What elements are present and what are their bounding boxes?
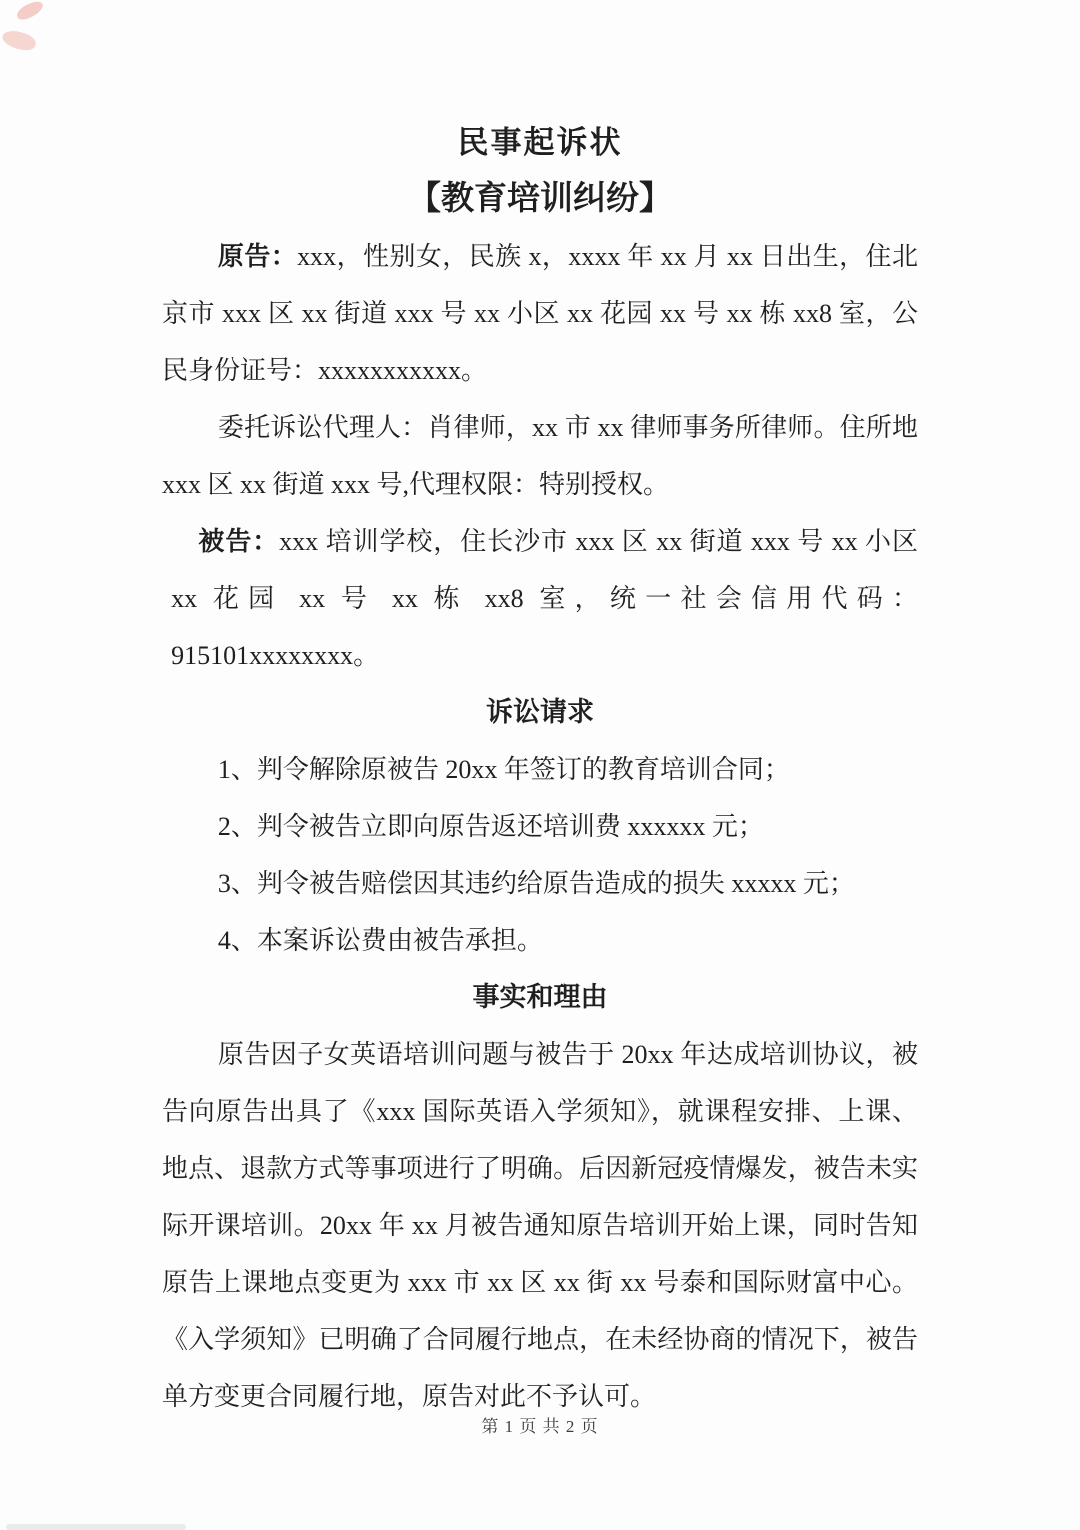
claims-heading: 诉讼请求 [162,684,918,741]
defendant-paragraph: 被告：xxx 培训学校，住长沙市 xxx 区 xx 街道 xxx 号 xx 小区… [162,513,918,684]
claim-item: 3、判令被告赔偿因其违约给原告造成的损失 xxxxx 元； [162,855,918,912]
facts-heading: 事实和理由 [162,969,918,1026]
facts-paragraph: 原告因子女英语培训问题与被告于 20xx 年达成培训协议，被告向原告出具了《xx… [162,1026,918,1425]
red-pen-mark-icon [0,28,37,53]
document-page: 民事起诉状 【教育培训纠纷】 原告：xxx，性别女，民族 x，xxxx 年 xx… [0,0,1080,1530]
doc-subtitle: 【教育培训纠纷】 [162,171,918,228]
agent-paragraph: 委托诉讼代理人：肖律师，xx 市 xx 律师事务所律师。住所地 xxx 区 xx… [162,399,918,513]
plaintiff-label: 原告： [218,242,297,271]
defendant-label: 被告： [198,527,279,556]
claim-item: 2、判令被告立即向原告返还培训费 xxxxxx 元； [162,798,918,855]
page-footer: 第 1 页 共 2 页 [0,1412,1080,1437]
claim-item: 1、判令解除原被告 20xx 年签订的教育培训合同； [162,741,918,798]
defendant-text: xxx 培训学校，住长沙市 xxx 区 xx 街道 xxx 号 xx 小区 xx… [171,527,918,670]
scan-smudge [6,1524,186,1530]
plaintiff-paragraph: 原告：xxx，性别女，民族 x，xxxx 年 xx 月 xx 日出生，住北京市 … [162,228,918,399]
doc-title: 民事起诉状 [162,114,918,171]
red-pen-mark-icon [15,0,46,22]
claim-item: 4、本案诉讼费由被告承担。 [162,912,918,969]
